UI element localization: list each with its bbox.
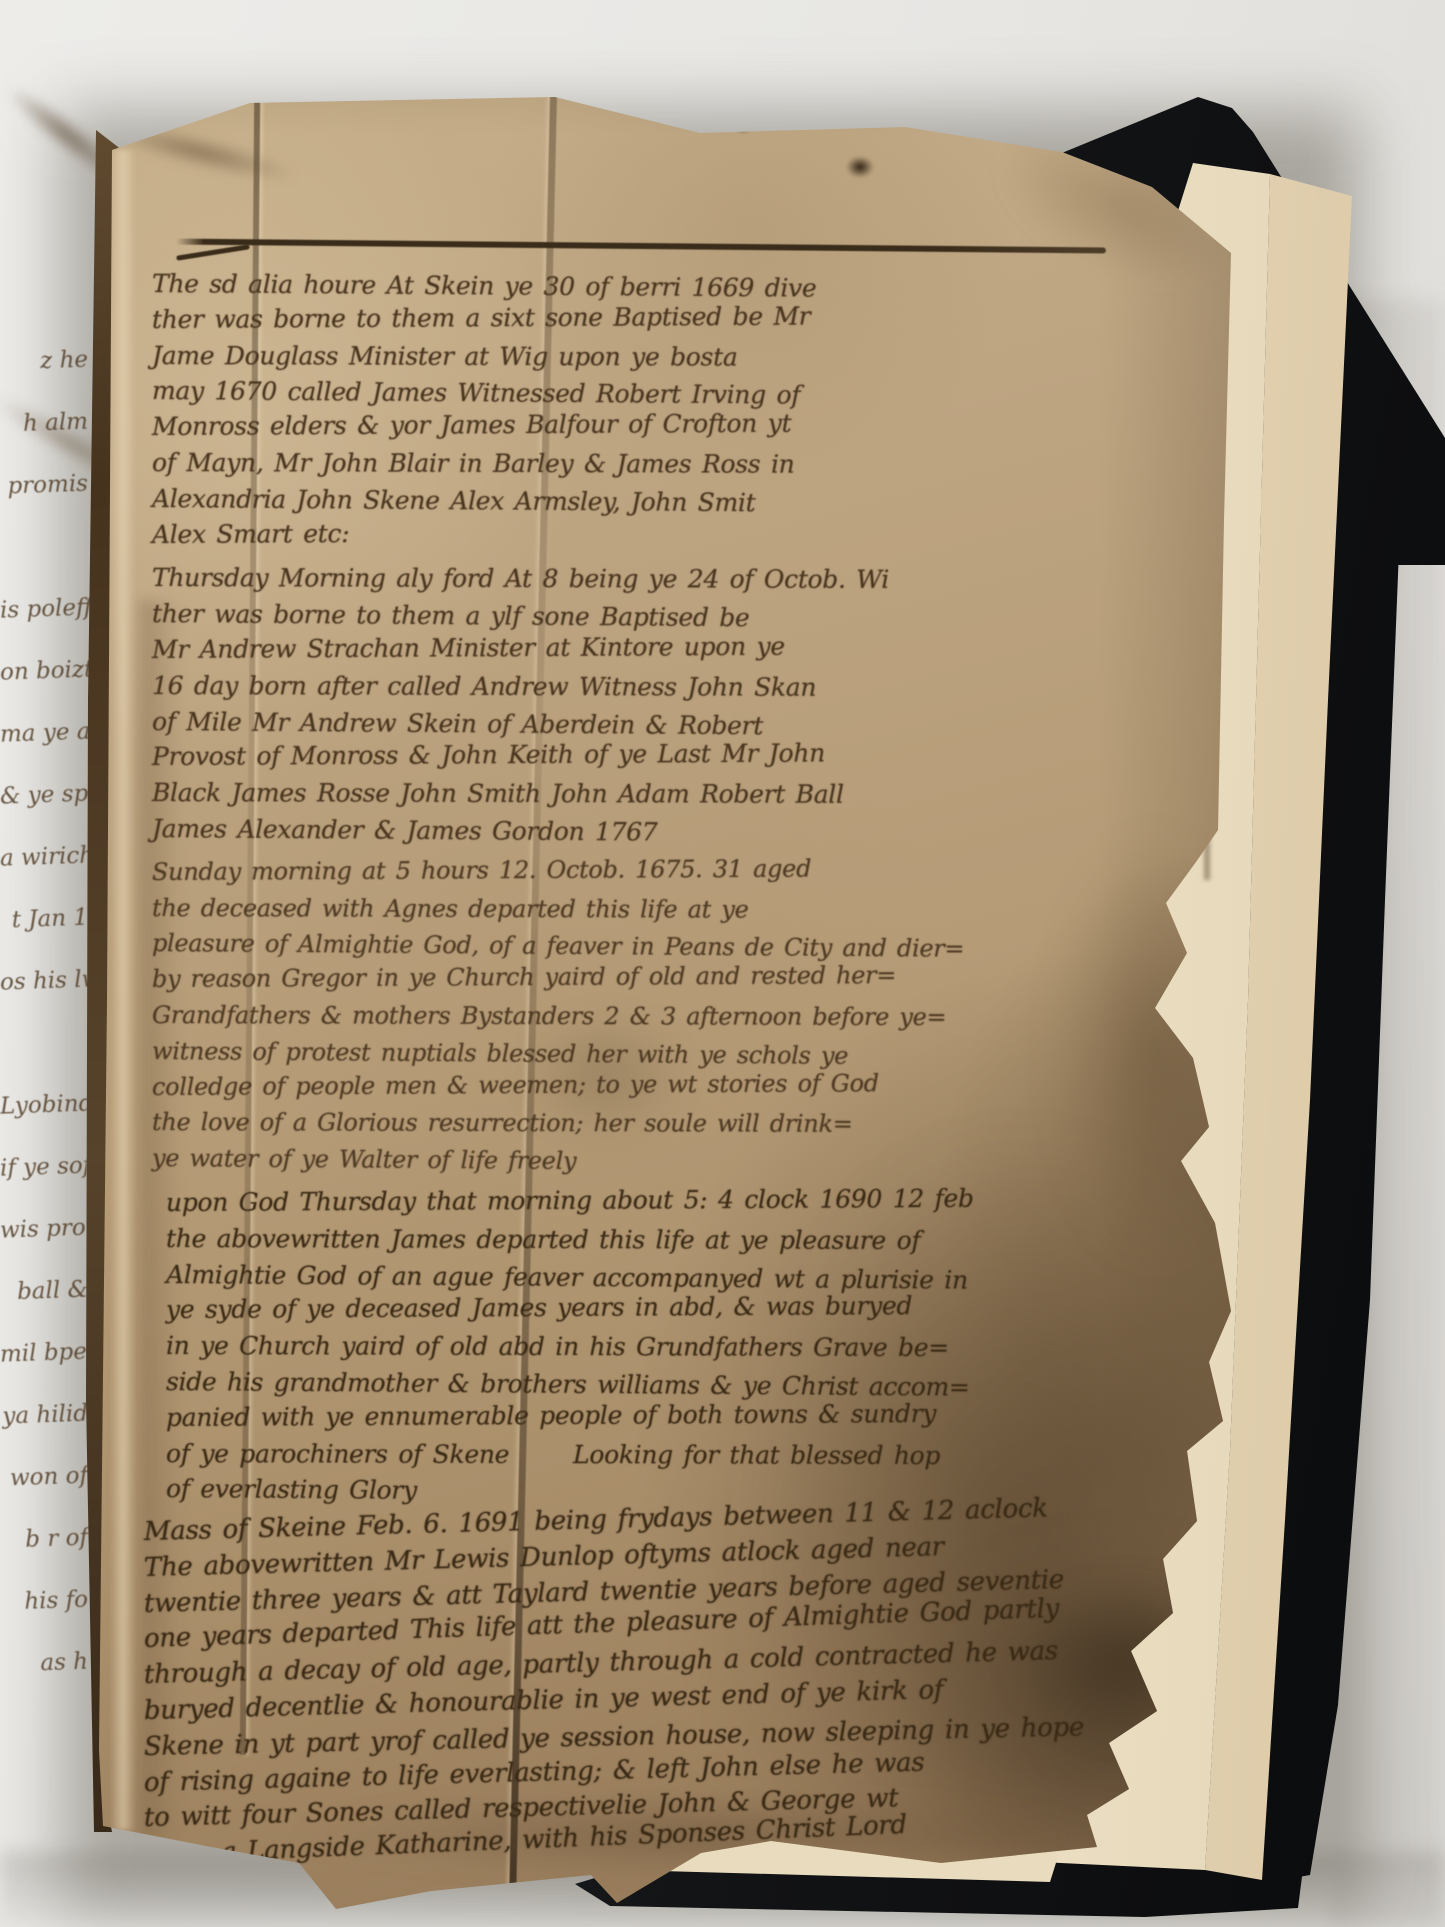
left-page-text-fragment: as h xyxy=(0,1630,97,1695)
left-page-text-fragment: promis xyxy=(0,452,97,517)
left-page-text-fragment: mil bper xyxy=(0,1320,97,1385)
photo-open-manuscript-book: z heh almpromisis poleffison boiztonma y… xyxy=(0,0,1445,1927)
left-page-text-fragment: his fo xyxy=(0,1568,97,1633)
left-page-text-fragment: & ye spl xyxy=(0,762,97,827)
left-page-text-fragment: a wirich xyxy=(0,824,97,889)
left-page-text-fragments: z heh almpromisis poleffison boiztonma y… xyxy=(0,330,96,1694)
left-page-text-fragment: Lyobind xyxy=(0,1072,97,1137)
left-page-text-fragment: ball & xyxy=(0,1258,97,1323)
left-page-text-fragment: h alm xyxy=(0,390,97,455)
left-page-text-fragment: t Jan 1 xyxy=(0,886,97,951)
left-page-text-fragment: won of xyxy=(0,1444,97,1509)
left-page-text-fragment: ma ye al xyxy=(0,700,97,765)
left-page-text-fragment: is poleffis xyxy=(0,576,97,641)
left-page-text-fragment: if ye sofh xyxy=(0,1134,97,1199)
left-page-text-fragment: ya hilid xyxy=(0,1382,97,1447)
left-page-text-fragment: b r of xyxy=(0,1506,97,1571)
left-page-text-fragment: wis proizty xyxy=(0,1196,97,1261)
left-page-text-fragment: z he xyxy=(0,328,97,393)
left-page-text-fragment xyxy=(0,1010,97,1075)
left-page-text-fragment: on boizton xyxy=(0,638,97,703)
left-page-text-fragment: os his lwil xyxy=(0,948,97,1013)
left-page-text-fragment xyxy=(0,514,97,579)
